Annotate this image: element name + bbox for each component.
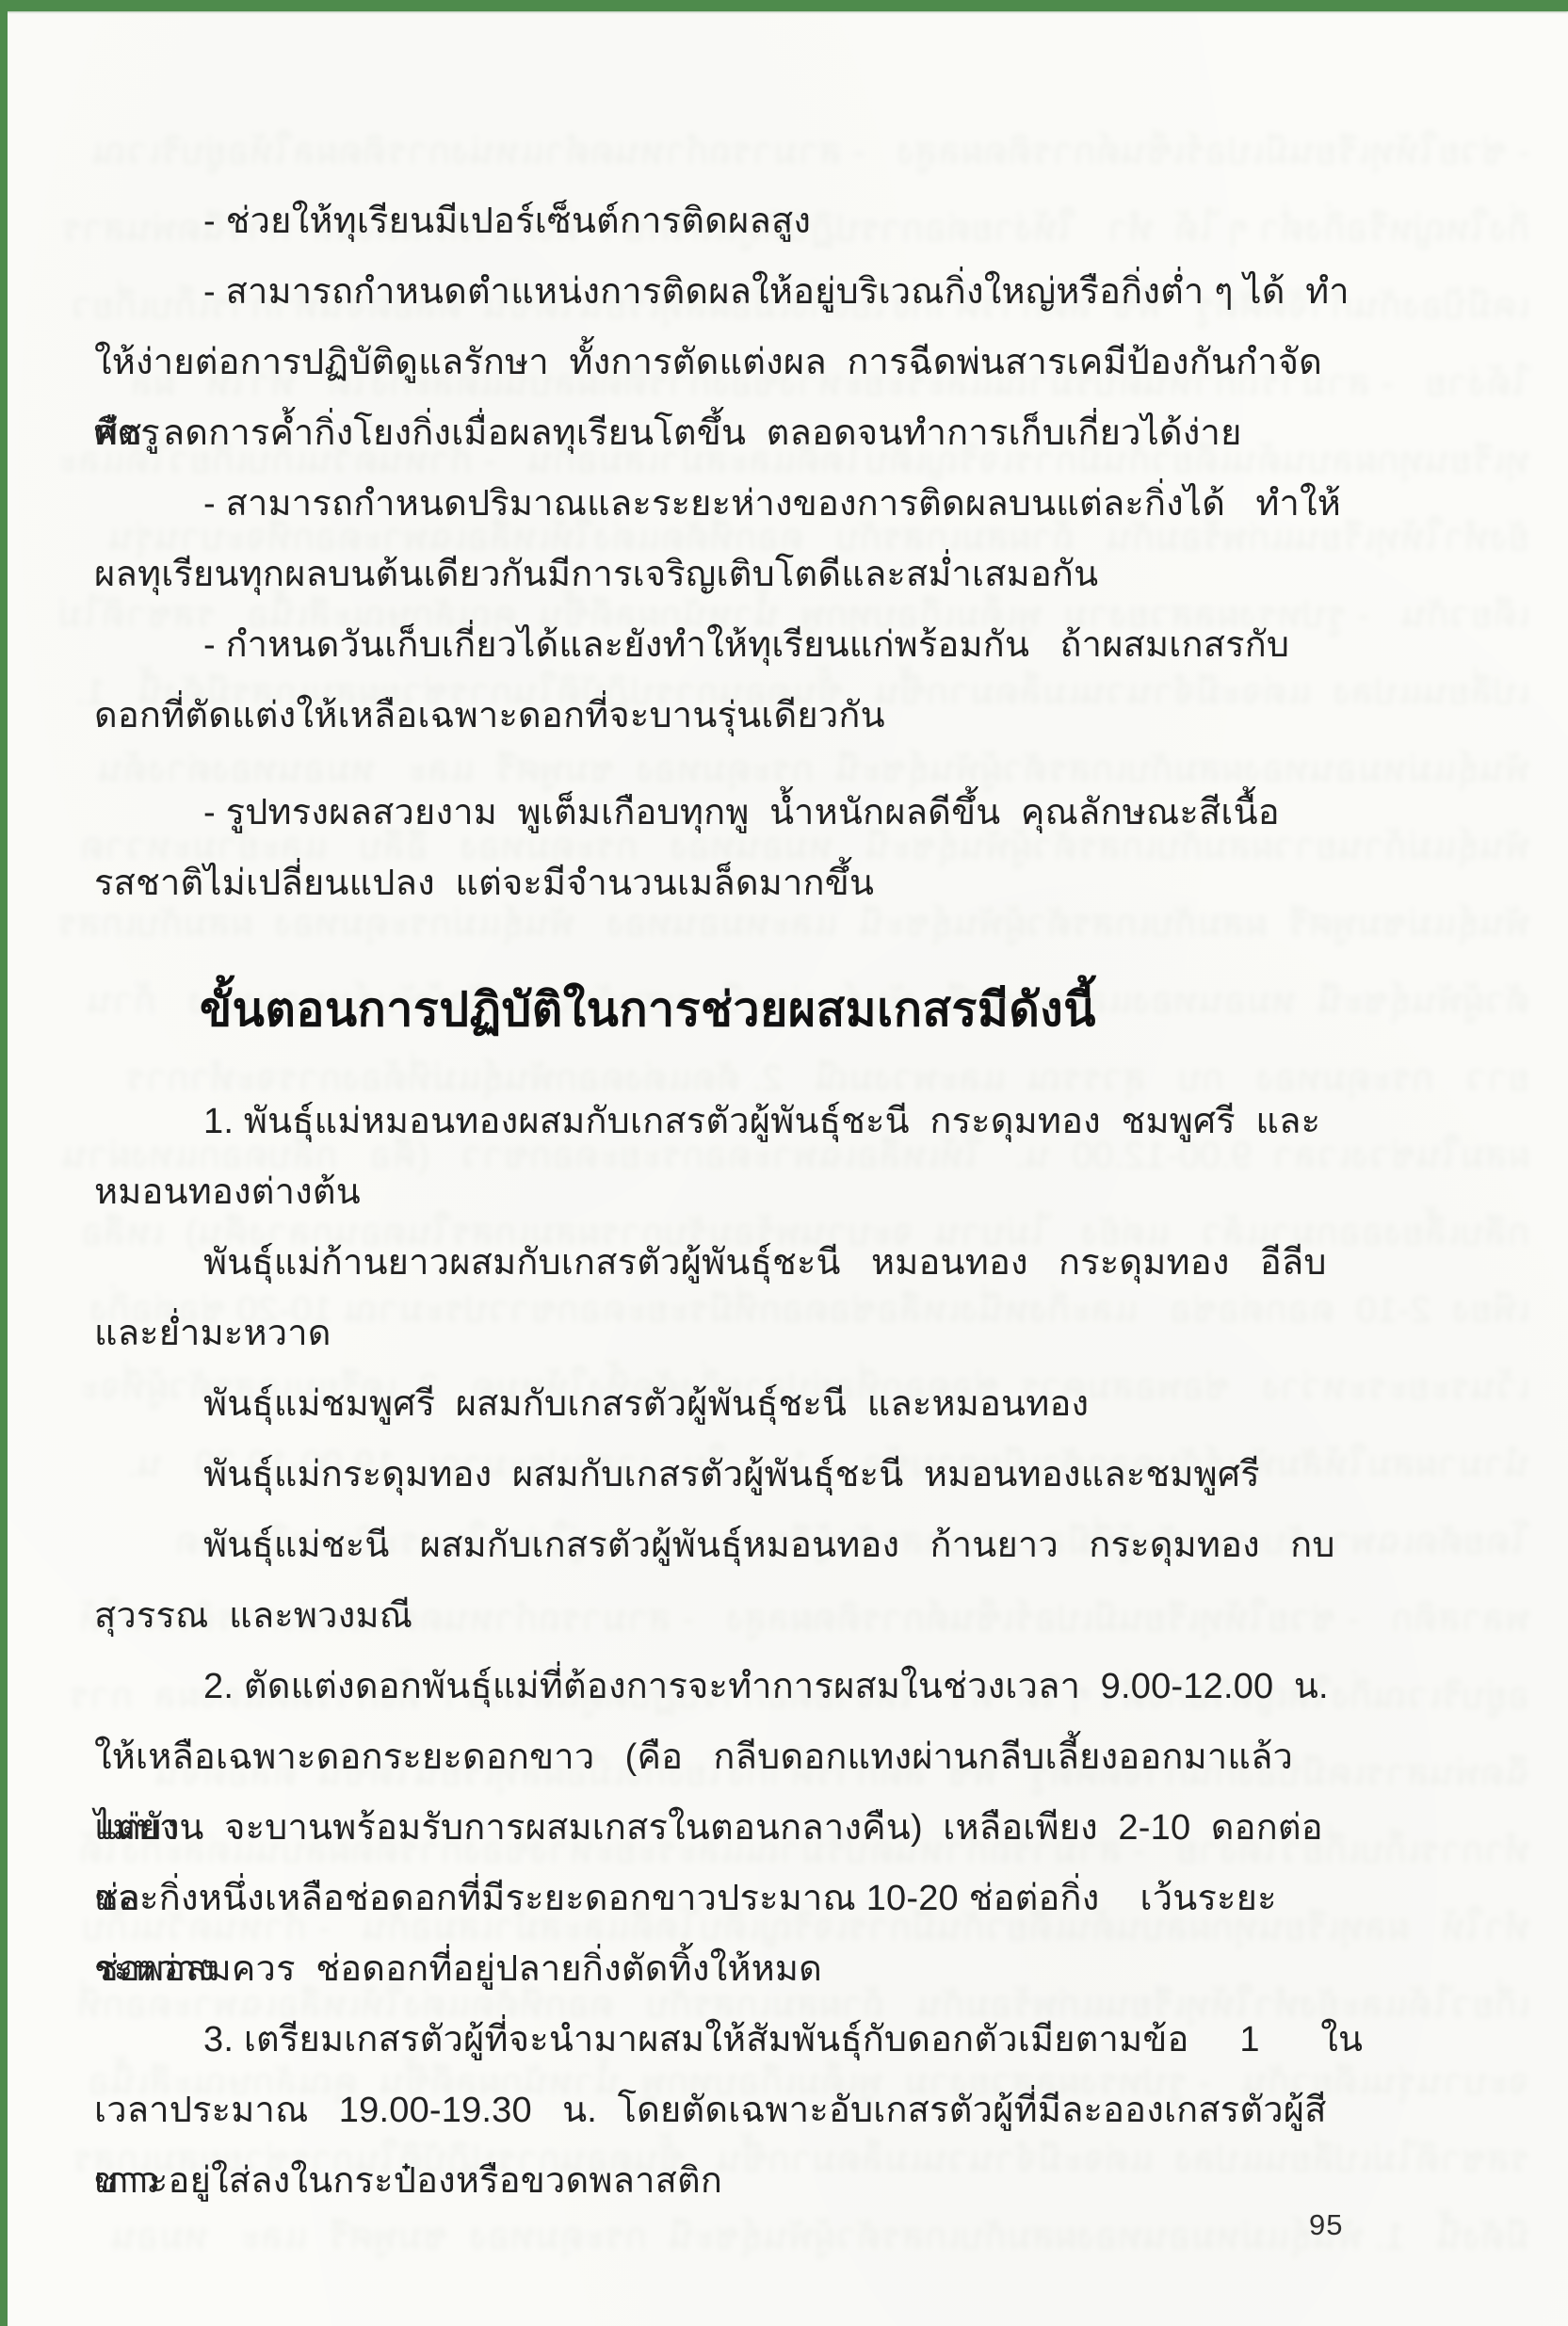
benefit-line: ให้ง่ายต่อการปฏิบัติดูแลรักษา ทั้งการตัด… — [94, 328, 1367, 398]
text-block: - ช่วยให้ทุเรียนมีเปอร์เซ็นต์การติดผลสูง… — [94, 186, 1367, 2217]
procedure-line: พันธุ์แม่ชะนี ผสมกับเกสรตัวผู้พันธุ์หมอน… — [94, 1510, 1367, 1581]
procedure-line: ให้เหลือเฉพาะดอกระยะดอกขาว (คือ กลีบดอกแ… — [94, 1722, 1367, 1793]
procedure-line: และกิ่งหนึ่งเหลือช่อดอกที่มีระยะดอกขาวปร… — [94, 1864, 1367, 1934]
procedure-line: และย่ำมะหวาด — [94, 1299, 1367, 1369]
benefit-line: ดอกที่ตัดแต่งให้เหลือเฉพาะดอกที่จะบานรุ่… — [94, 681, 1367, 751]
procedure-line: สุวรรณ และพวงมณี — [94, 1581, 1367, 1652]
scan-edge-top — [0, 0, 1568, 11]
procedure-line: ช่อพอสมควร ช่อดอกที่อยู่ปลายกิ่งตัดทิ้งใ… — [94, 1934, 1367, 2005]
benefit-line: พืช ลดการค้ำกิ่งโยงกิ่งเมื่อผลทุเรียนโตข… — [94, 398, 1367, 469]
procedure-line: หมอนทองต่างต้น — [94, 1157, 1367, 1228]
procedure-line: พันธุ์แม่ก้านยาวผสมกับเกสรตัวผู้พันธุ์ชะ… — [94, 1228, 1367, 1299]
procedure-line: พันธุ์แม่ชมพูศรี ผสมกับเกสรตัวผู้พันธุ์ช… — [94, 1369, 1367, 1440]
procedure-line: 2. ตัดแต่งดอกพันธุ์แม่ที่ต้องการจะทำการผ… — [94, 1652, 1367, 1722]
procedure-line: 3. เตรียมเกสรตัวผู้ที่จะนำมาผสมให้สัมพัน… — [94, 2005, 1367, 2076]
procedure-line: เวลาประมาณ 19.00-19.30 น. โดยตัดเฉพาะอับ… — [94, 2076, 1367, 2146]
scanned-page: - ช่วยให้ทุเรียนมีเปอร์เซ็นต์การติดผลสูง… — [0, 0, 1568, 2326]
benefit-line: - รูปทรงผลสวยงาม พูเต็มเกือบทุกพู น้ำหนั… — [94, 778, 1367, 848]
benefit-line: ผลทุเรียนทุกผลบนต้นเดียวกันมีการเจริญเติ… — [94, 540, 1367, 610]
benefit-line: - ช่วยให้ทุเรียนมีเปอร์เซ็นต์การติดผลสูง — [94, 186, 1367, 257]
procedure-line: เกาะอยู่ใส่ลงในกระป๋องหรือขวดพลาสติก — [94, 2146, 1367, 2217]
benefit-line: รสชาติไม่เปลี่ยนแปลง แต่จะมีจำนวนเมล็ดมา… — [94, 848, 1367, 919]
procedure-line: ไม่บาน จะบานพร้อมรับการผสมเกสรในตอนกลางค… — [94, 1793, 1367, 1864]
benefit-line: - สามารถกำหนดตำแหน่งการติดผลให้อยู่บริเว… — [94, 257, 1367, 328]
procedure-line: พันธุ์แม่กระดุมทอง ผสมกับเกสรตัวผู้พันธุ… — [94, 1440, 1367, 1510]
section-heading: ขั้นตอนการปฏิบัติในการช่วยผสมเกสรมีดังนี… — [200, 966, 1367, 1053]
benefit-line: - สามารถกำหนดปริมาณและระยะห่างของการติดผ… — [94, 469, 1367, 540]
benefit-line: - กำหนดวันเก็บเกี่ยวได้และยังทำให้ทุเรีย… — [94, 610, 1367, 681]
procedure-line: 1. พันธุ์แม่หมอนทองผสมกับเกสรตัวผู้พันธุ… — [94, 1087, 1367, 1157]
scan-edge-left — [0, 0, 8, 2326]
page-number: 95 — [1309, 2208, 1343, 2242]
